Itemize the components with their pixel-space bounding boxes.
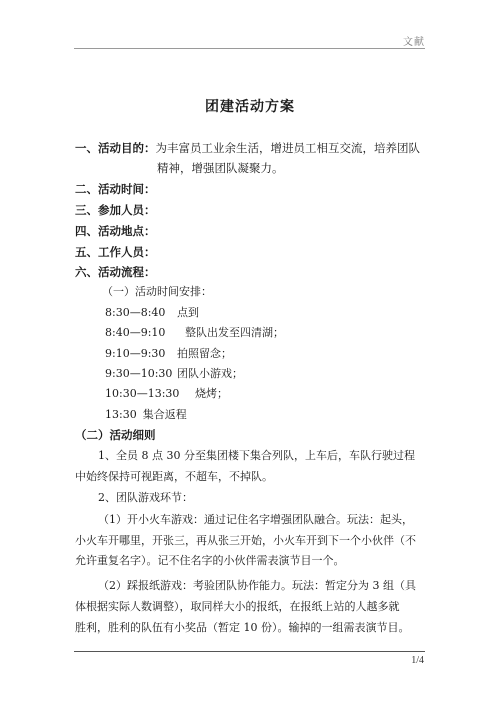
section-participants: 三、参加人员： (75, 202, 156, 218)
details-subheading: 2、团队游戏环节： (98, 490, 193, 506)
schedule-activity: 集合返程 (143, 408, 187, 421)
schedule-time: 9:10—9:30 (105, 346, 177, 362)
game-1: （1）开小火车游戏：通过记住名字增强团队融合。玩法：起头， (98, 512, 413, 528)
section-time: 二、活动时间： (75, 181, 156, 197)
schedule-activity: 点到 (177, 306, 199, 319)
section-text-cont: 精神，增强团队凝聚力。 (157, 160, 284, 176)
schedule-time: 8:40—9:10 (105, 325, 185, 341)
section-staff: 五、工作人员： (75, 244, 156, 260)
schedule-item: 9:30—10:30团队小游戏； (105, 366, 243, 382)
details-paragraph-cont: 中始终保持可视距离，不超车，不掉队。 (75, 469, 273, 485)
schedule-heading: （一）活动时间安排： (102, 284, 212, 300)
header-divider (74, 48, 425, 49)
footer-divider (74, 651, 425, 652)
page-number: 1/4 (411, 655, 424, 666)
schedule-time: 10:30—13:30 (105, 386, 195, 402)
game-1-cont: 小火车开哪里，开张三，再从张三开始，小火车开到下一个小伙伴（不 (75, 533, 416, 549)
details-heading: （二）活动细则 (75, 427, 156, 443)
schedule-item: 10:30—13:30烧烤； (105, 386, 228, 402)
section-location: 四、活动地点： (75, 223, 156, 239)
schedule-time: 9:30—10:30 (105, 366, 177, 382)
schedule-item: 9:10—9:30拍照留念； (105, 346, 232, 362)
schedule-activity: 拍照留念； (177, 347, 232, 360)
details-paragraph: 1、全员 8 点 30 分至集团楼下集合列队，上车后，车队行驶过程 (98, 448, 415, 464)
header-label: 文献 (403, 33, 425, 48)
game-2: （2）踩报纸游戏：考验团队协作能力。玩法：暂定分为 3 组（具 (98, 578, 416, 594)
schedule-activity: 整队出发至四清湖； (185, 326, 284, 339)
section-heading: 一、活动目的： (75, 141, 156, 155)
schedule-time: 8:30—8:40 (105, 305, 177, 321)
schedule-activity: 烧烤； (195, 387, 228, 400)
game-1-cont: 允许重复名字）。记不住名字的小伙伴需表演节目一个。 (75, 553, 345, 569)
schedule-item: 8:40—9:10整队出发至四清湖； (105, 325, 284, 341)
schedule-activity: 团队小游戏； (177, 367, 243, 380)
schedule-item: 13:30集合返程 (105, 407, 187, 423)
game-2-cont: 胜利，胜利的队伍有小奖品（暂定 10 份）。输掉的一组需表演节目。 (75, 620, 410, 636)
section-text: 为丰富员工业余生活，增进员工相互交流，培养团队 (156, 141, 421, 155)
schedule-item: 8:30—8:40点到 (105, 305, 199, 321)
section-process: 六、活动流程： (75, 264, 156, 280)
game-2-cont: 体根据实际人数调整），取同样大小的报纸，在报纸上站的人越多就 (75, 599, 400, 615)
schedule-time: 13:30 (105, 408, 137, 421)
document-title: 团建活动方案 (0, 96, 500, 116)
